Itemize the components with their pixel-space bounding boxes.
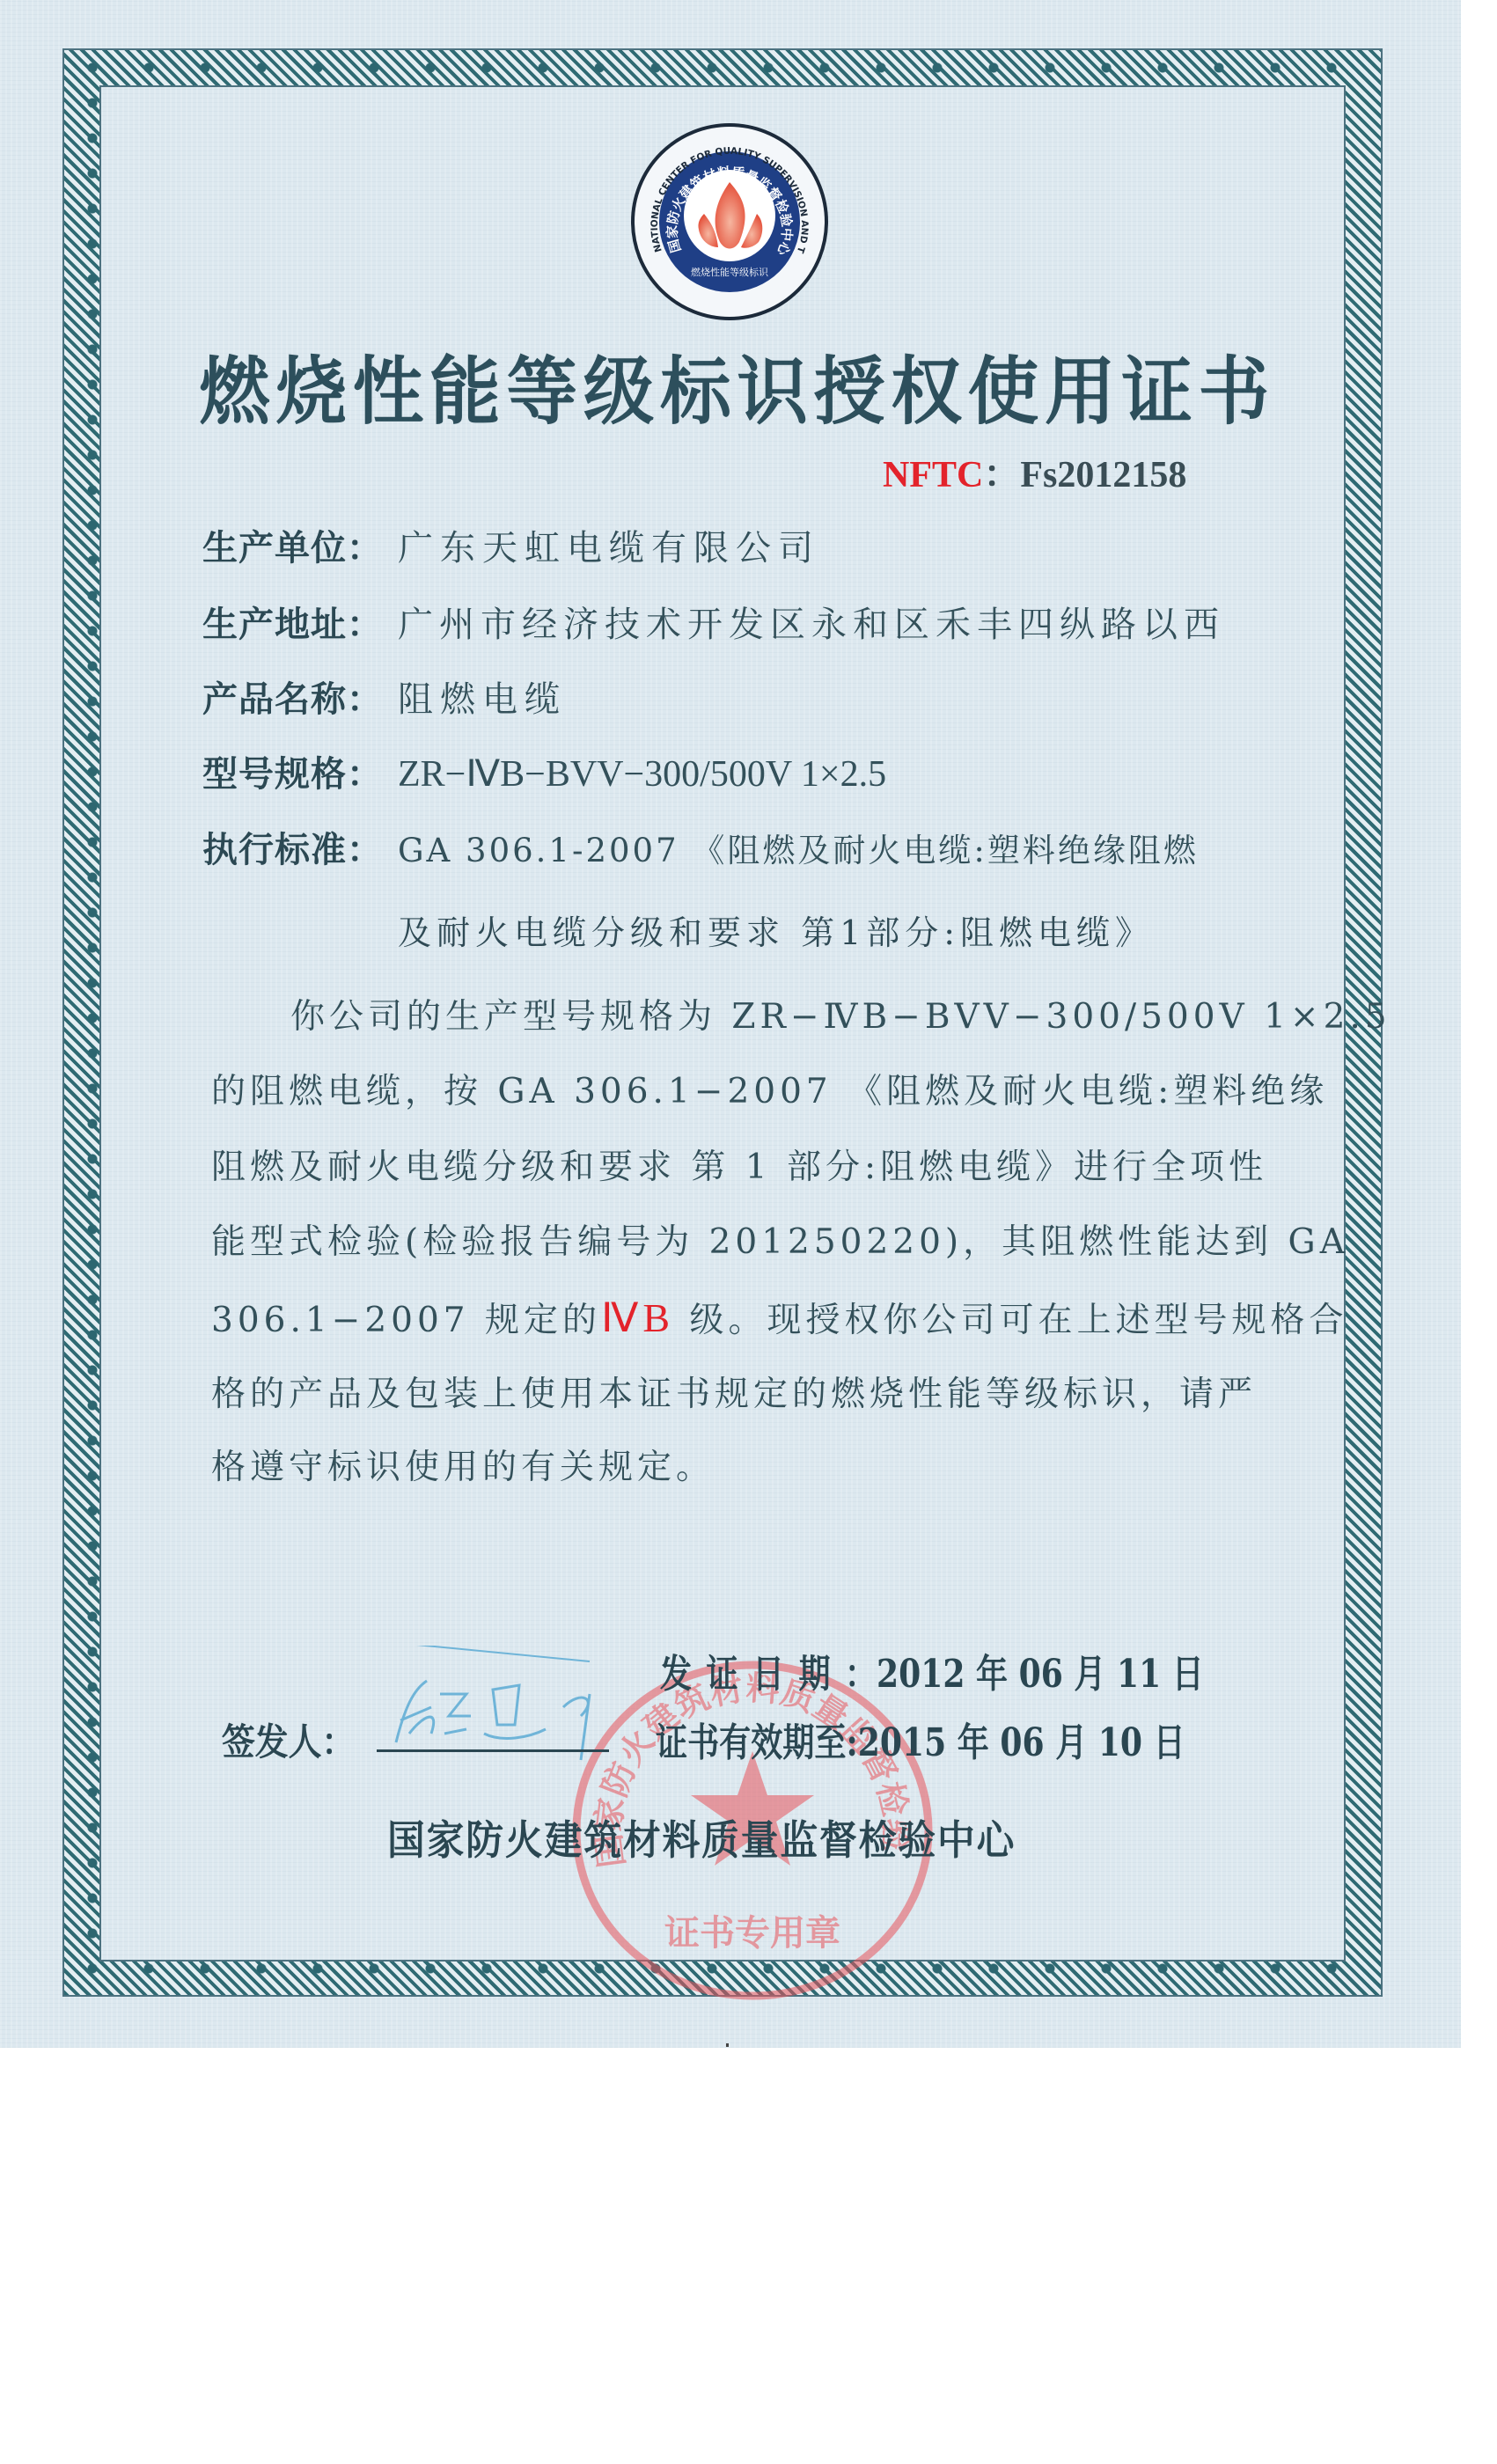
issue-date-label: 发证日期 [660,1652,845,1697]
body-text: 306.1−2007 规定的 [211,1301,601,1340]
field-standard: 执行标准：GA 306.1-2007 《阻燃及耐火电缆:塑料绝缘阻燃 [202,828,1199,873]
signature-line [377,1749,609,1752]
valid-until: 证书有效期至:2015 年 06 月 10 日 [656,1711,1185,1767]
body-line-2: 的阻燃电缆，按 GA 306.1−2007 《阻燃及耐火电缆:塑料绝缘 [211,1070,1241,1114]
field-label: 型号规格： [202,752,398,796]
certificate-number: NFTC：Fs2012158 [883,445,1186,498]
field-label: 执行标准： [202,828,398,872]
field-value: 阻燃电缆 [398,679,567,720]
body-line-7: 格遵守标识使用的有关规定。 [211,1446,1241,1490]
valid-until-value: :2015 年 06 月 10 日 [846,1720,1185,1765]
body-line-4: 能型式检验(检验报告编号为 201250220)，其阻燃性能达到 GA [211,1221,1241,1265]
field-value: 广州市经济技术开发区永和区禾丰四纵路以西 [398,605,1225,645]
body-line-3: 阻燃及耐火电缆分级和要求 第 1 部分:阻燃电缆》进行全项性 [211,1146,1241,1190]
svg-text:燃烧性能等级标识: 燃烧性能等级标识 [691,266,769,278]
valid-until-label: 证书有效期至 [656,1720,846,1765]
field-value: 广东天虹电缆有限公司 [398,528,820,568]
issue-date: 发证日期：2012 年 06 月 11 日 [660,1642,1204,1698]
nftc-emblem-icon: NATIONAL CENTER FOR QUALITY SUPERVISION … [627,119,833,325]
field-product-name: 产品名称：阻燃电缆 [202,678,567,722]
field-value: ZR−ⅣB−BVV−300/500V 1×2.5 [398,754,886,795]
svg-text:证书专用章: 证书专用章 [664,1912,840,1954]
body-line-1: 你公司的生产型号规格为 ZR−ⅣB−BVV−300/500V 1×2.5 [290,995,1239,1039]
body-text: 级。现授权你公司可在上述型号规格合 [674,1301,1347,1340]
issuing-organization: 国家防火建筑材料质量监督检验中心 [387,1808,1016,1866]
body-line-6: 格的产品及包装上使用本证书规定的燃烧性能等级标识，请严 [211,1373,1241,1417]
field-label: 生产地址： [202,603,398,647]
field-model-spec: 型号规格：ZR−ⅣB−BVV−300/500V 1×2.5 [202,752,886,796]
field-manufacturer: 生产单位：广东天虹电缆有限公司 [202,526,820,570]
field-label: 产品名称： [202,678,398,722]
certificate-title: 燃烧性能等级标识授权使用证书 [199,333,1222,439]
scan-speck [726,2043,729,2047]
field-address: 生产地址：广州市经济技术开发区永和区禾丰四纵路以西 [202,603,1225,647]
body-line-5: 306.1−2007 规定的ⅣB 级。现授权你公司可在上述型号规格合 [211,1296,1241,1343]
handwritten-signature [378,1646,642,1778]
signer-label: 签发人： [222,1713,355,1766]
cert-number-prefix: NFTC [883,455,983,495]
cert-number-separator: ： [983,455,1020,495]
field-standard-continuation: 及耐火电缆分级和要求 第1部分:阻燃电缆》 [398,906,1154,954]
cert-number-value: Fs2012158 [1020,455,1186,495]
issue-date-value: ：2012 年 06 月 11 日 [845,1652,1204,1697]
grade-highlight: ⅣB [601,1295,674,1340]
field-value: GA 306.1-2007 《阻燃及耐火电缆:塑料绝缘阻燃 [398,832,1199,869]
field-label: 生产单位： [202,526,398,570]
